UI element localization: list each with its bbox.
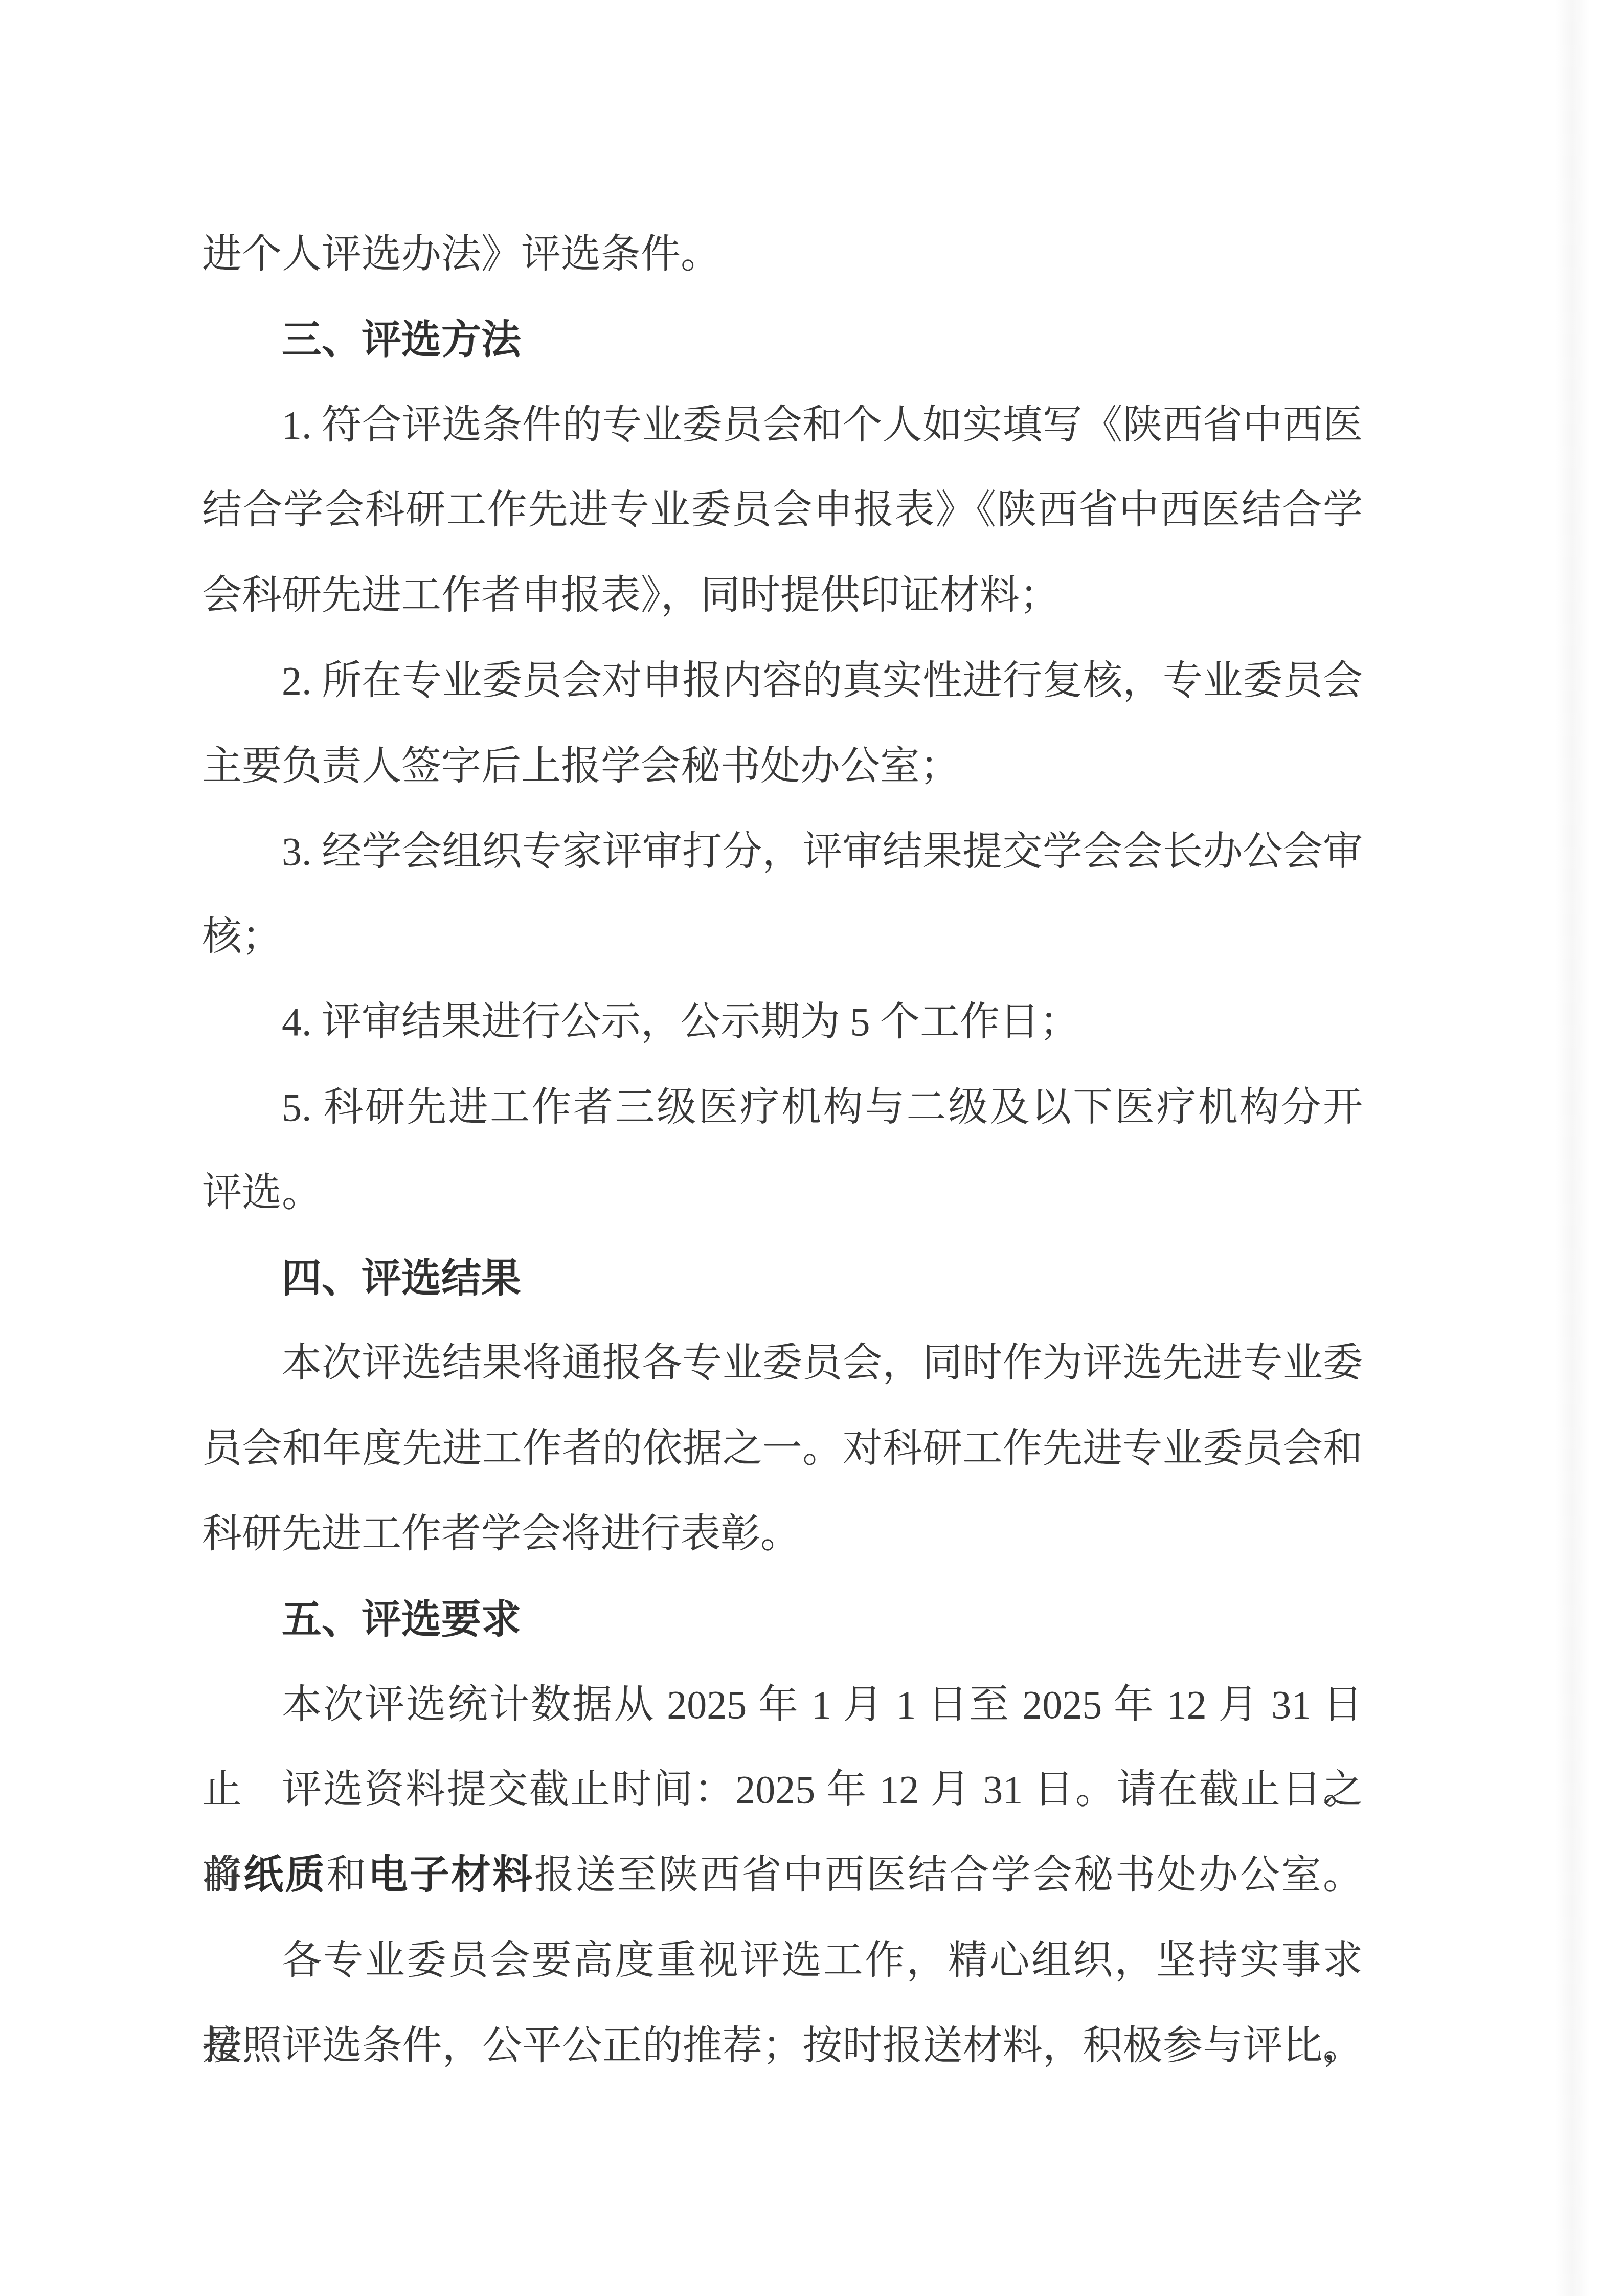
bold-text-segment: 电子材料 <box>368 1853 534 1897</box>
scanned-document-page: 进个人评选办法》评选条件。 三、评选方法 1. 符合评选条件的专业委员会和个人如… <box>0 0 1623 2296</box>
results-para-line3: 科研先进工作者学会将进行表彰。 <box>202 1491 1363 1577</box>
prev-paragraph-end-line: 进个人评选办法》评选条件。 <box>202 212 1363 297</box>
deadline-para-line2: 将纸质和电子材料报送至陕西省中西医结合学会秘书处办公室。 <box>202 1833 1363 1918</box>
item4-line: 4. 评审结果进行公示，公示期为 5 个工作日； <box>202 979 1363 1065</box>
closing-para-line1: 各专业委员会要高度重视评选工作，精心组织，坚持实事求是， <box>202 1918 1363 2003</box>
item1-line3: 会科研先进工作者申报表》，同时提供印证材料； <box>202 553 1363 638</box>
document-text-block: 进个人评选办法》评选条件。 三、评选方法 1. 符合评选条件的专业委员会和个人如… <box>202 212 1363 2089</box>
closing-para-line2: 按照评选条件，公平公正的推荐；按时报送材料，积极参与评比。 <box>202 2003 1363 2089</box>
deadline-para-line1: 评选资料提交截止时间：2025 年 12 月 31 日。请在截止日之前 <box>202 1747 1363 1833</box>
heading-section-five: 五、评选要求 <box>202 1577 1363 1662</box>
item2-line1: 2. 所在专业委员会对申报内容的真实性进行复核，专业委员会 <box>202 638 1363 724</box>
text-segment: 将 <box>202 1853 243 1897</box>
item1-line2: 结合学会科研工作先进专业委员会申报表》《陕西省中西医结合学 <box>202 467 1363 553</box>
scan-artifact <box>1554 0 1590 2296</box>
stats-period-line: 本次评选统计数据从 2025 年 1 月 1 日至 2025 年 12 月 31… <box>202 1662 1363 1748</box>
item1-line1: 1. 符合评选条件的专业委员会和个人如实填写《陕西省中西医 <box>202 383 1363 468</box>
item5-line2: 评选。 <box>202 1150 1363 1236</box>
text-segment: 和 <box>327 1853 368 1897</box>
item3-line2: 核； <box>202 894 1363 979</box>
bold-text-segment: 纸质 <box>243 1853 326 1897</box>
heading-section-three: 三、评选方法 <box>202 297 1363 383</box>
item3-line1: 3. 经学会组织专家评审打分，评审结果提交学会会长办公会审 <box>202 809 1363 895</box>
item5-line1: 5. 科研先进工作者三级医疗机构与二级及以下医疗机构分开 <box>202 1065 1363 1150</box>
results-para-line1: 本次评选结果将通报各专业委员会，同时作为评选先进专业委 <box>202 1321 1363 1406</box>
text-segment: 报送至陕西省中西医结合学会秘书处办公室。 <box>534 1853 1362 1897</box>
results-para-line2: 员会和年度先进工作者的依据之一。对科研工作先进专业委员会和 <box>202 1406 1363 1491</box>
item2-line2: 主要负责人签字后上报学会秘书处办公室； <box>202 724 1363 809</box>
heading-section-four: 四、评选结果 <box>202 1236 1363 1321</box>
